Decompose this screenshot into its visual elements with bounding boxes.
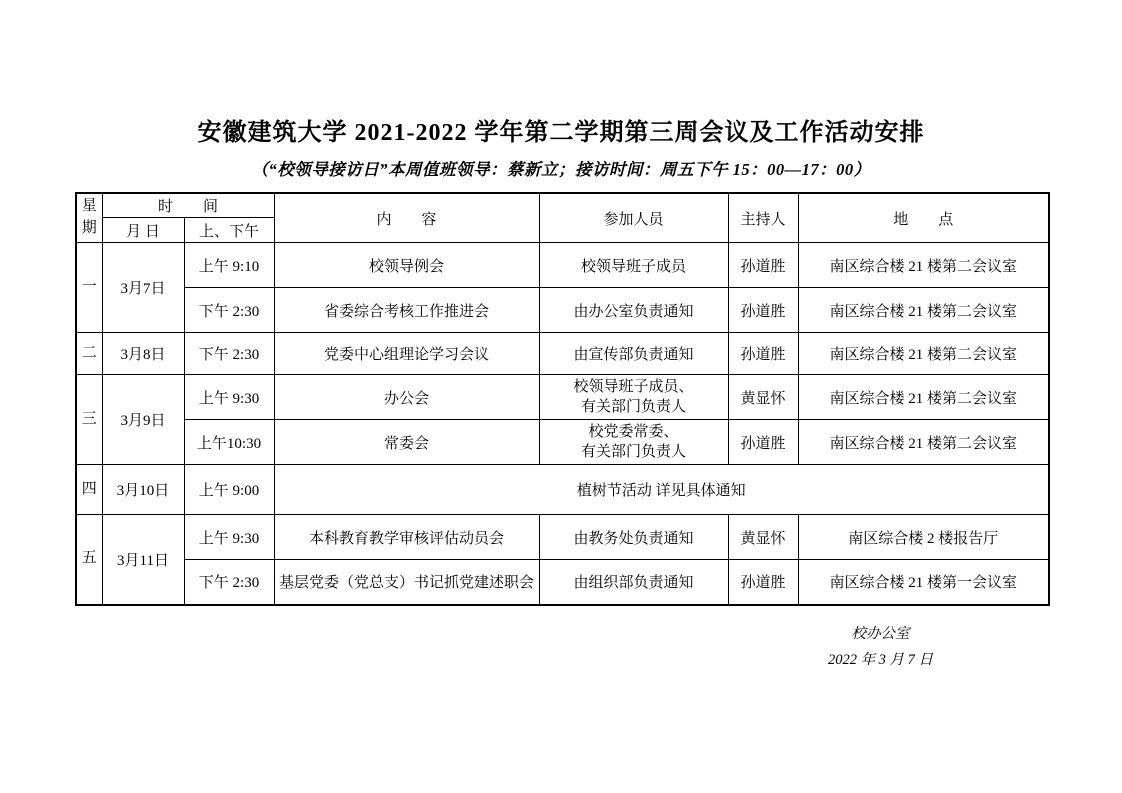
content-cell: 常委会: [274, 420, 539, 465]
participants-cell: 由办公室负责通知: [539, 288, 728, 333]
time-cell: 下午 2:30: [184, 560, 274, 605]
date-cell: 3月8日: [102, 333, 184, 375]
location-cell: 南区综合楼 21 楼第二会议室: [798, 375, 1049, 420]
weekday-cell: 三: [76, 375, 102, 465]
host-cell: 孙道胜: [728, 243, 798, 288]
header-row-1: 星期 时 间 内 容 参加人员 主持人 地 点: [76, 193, 1049, 218]
header-host: 主持人: [728, 193, 798, 243]
host-cell: 孙道胜: [728, 560, 798, 605]
page-subtitle: （“校领导接访日”本周值班领导：蔡新立；接访时间：周五下午 15：00—17：0…: [0, 156, 1122, 180]
participants-cell: 校党委常委、 有关部门负责人: [539, 420, 728, 465]
table-row: 三 3月9日 上午 9:30 办公会 校领导班子成员、 有关部门负责人 黄显怀 …: [76, 375, 1049, 420]
location-cell: 南区综合楼 21 楼第二会议室: [798, 288, 1049, 333]
date-cell: 3月7日: [102, 243, 184, 333]
content-cell: 基层党委（党总支）书记抓党建述职会: [274, 560, 539, 605]
location-cell: 南区综合楼 21 楼第二会议室: [798, 420, 1049, 465]
table-row: 二 3月8日 下午 2:30 党委中心组理论学习会议 由宣传部负责通知 孙道胜 …: [76, 333, 1049, 375]
weekday-cell: 五: [76, 515, 102, 605]
time-cell: 上午10:30: [184, 420, 274, 465]
table-row: 四 3月10日 上午 9:00 植树节活动 详见具体通知: [76, 465, 1049, 515]
header-am-pm: 上、下午: [184, 218, 274, 243]
table-row: 五 3月11日 上午 9:30 本科教育教学审核评估动员会 由教务处负责通知 黄…: [76, 515, 1049, 560]
table-row: 一 3月7日 上午 9:10 校领导例会 校领导班子成员 孙道胜 南区综合楼 2…: [76, 243, 1049, 288]
merged-note-cell: 植树节活动 详见具体通知: [274, 465, 1049, 515]
header-time: 时 间: [102, 193, 274, 218]
time-cell: 上午 9:00: [184, 465, 274, 515]
header-participants: 参加人员: [539, 193, 728, 243]
footer-office: 校办公室: [768, 621, 993, 647]
meeting-schedule-table: 星期 时 间 内 容 参加人员 主持人 地 点 月 日 上、下午 一 3月7日 …: [75, 192, 1050, 606]
participants-cell: 由宣传部负责通知: [539, 333, 728, 375]
location-cell: 南区综合楼 2 楼报告厅: [798, 515, 1049, 560]
date-cell: 3月11日: [102, 515, 184, 605]
header-location: 地 点: [798, 193, 1049, 243]
weekday-cell: 一: [76, 243, 102, 333]
table-row: 下午 2:30 省委综合考核工作推进会 由办公室负责通知 孙道胜 南区综合楼 2…: [76, 288, 1049, 333]
participants-cell: 校领导班子成员、 有关部门负责人: [539, 375, 728, 420]
participants-cell: 由教务处负责通知: [539, 515, 728, 560]
time-cell: 上午 9:30: [184, 375, 274, 420]
time-cell: 下午 2:30: [184, 333, 274, 375]
time-cell: 下午 2:30: [184, 288, 274, 333]
content-cell: 校领导例会: [274, 243, 539, 288]
weekday-cell: 四: [76, 465, 102, 515]
content-cell: 办公会: [274, 375, 539, 420]
header-weekday: 星期: [76, 193, 102, 243]
content-cell: 党委中心组理论学习会议: [274, 333, 539, 375]
table-row: 上午10:30 常委会 校党委常委、 有关部门负责人 孙道胜 南区综合楼 21 …: [76, 420, 1049, 465]
document-footer: 校办公室 2022 年 3 月 7 日: [768, 621, 993, 673]
location-cell: 南区综合楼 21 楼第一会议室: [798, 560, 1049, 605]
content-cell: 省委综合考核工作推进会: [274, 288, 539, 333]
date-cell: 3月9日: [102, 375, 184, 465]
page-title: 安徽建筑大学 2021-2022 学年第二学期第三周会议及工作活动安排: [0, 112, 1122, 147]
participants-cell: 校领导班子成员: [539, 243, 728, 288]
host-cell: 孙道胜: [728, 420, 798, 465]
header-month-day: 月 日: [102, 218, 184, 243]
document-page: 安徽建筑大学 2021-2022 学年第二学期第三周会议及工作活动安排 （“校领…: [0, 0, 1122, 793]
host-cell: 孙道胜: [728, 333, 798, 375]
date-cell: 3月10日: [102, 465, 184, 515]
weekday-cell: 二: [76, 333, 102, 375]
location-cell: 南区综合楼 21 楼第二会议室: [798, 333, 1049, 375]
host-cell: 孙道胜: [728, 288, 798, 333]
participants-cell: 由组织部负责通知: [539, 560, 728, 605]
header-content: 内 容: [274, 193, 539, 243]
time-cell: 上午 9:10: [184, 243, 274, 288]
host-cell: 黄显怀: [728, 375, 798, 420]
content-cell: 本科教育教学审核评估动员会: [274, 515, 539, 560]
table-row: 下午 2:30 基层党委（党总支）书记抓党建述职会 由组织部负责通知 孙道胜 南…: [76, 560, 1049, 605]
time-cell: 上午 9:30: [184, 515, 274, 560]
footer-date: 2022 年 3 月 7 日: [768, 647, 993, 673]
host-cell: 黄显怀: [728, 515, 798, 560]
location-cell: 南区综合楼 21 楼第二会议室: [798, 243, 1049, 288]
